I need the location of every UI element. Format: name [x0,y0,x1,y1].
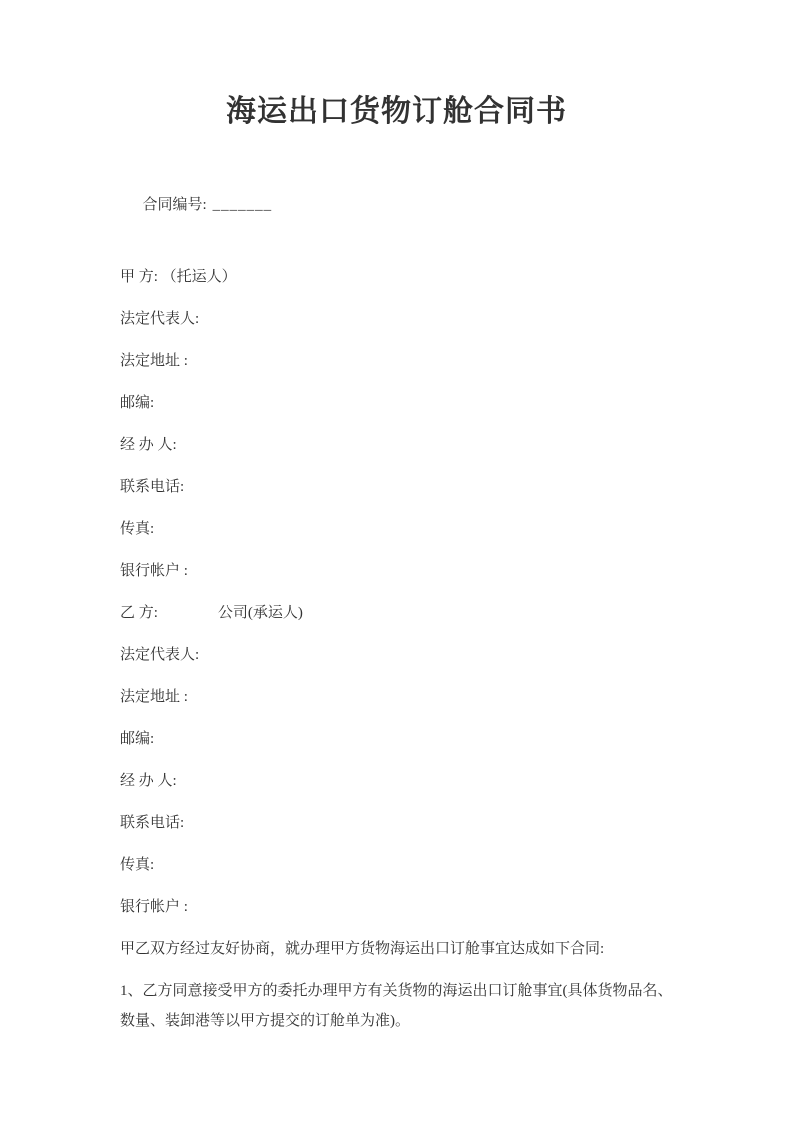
party-a-heading: 甲 方: （托运人） [120,262,680,292]
party-a-field-postal-code: 邮编: [120,388,680,418]
party-b-field-legal-address: 法定地址 : [120,682,680,712]
party-b-field-legal-representative: 法定代表人: [120,640,680,670]
party-a-field-legal-address: 法定地址 : [120,346,680,376]
party-a-field-bank-account: 银行帐户 : [120,556,680,586]
party-b-field-contact-phone: 联系电话: [120,808,680,838]
party-a-field-contact-phone: 联系电话: [120,472,680,502]
party-b-heading: 乙 方: 公司(承运人) [120,598,680,628]
party-a-field-fax: 传真: [120,514,680,544]
preamble-paragraph: 甲乙双方经过友好协商，就办理甲方货物海运出口订舱事宜达成如下合同: [120,934,680,964]
party-b-field-handler: 经 办 人: [120,766,680,796]
document-page: 海运出口货物订舱合同书 合同编号:_______ 甲 方: （托运人） 法定代表… [0,0,793,1122]
contract-number-line: 合同编号:_______ [120,160,680,250]
clause-1-paragraph: 1、乙方同意接受甲方的委托办理甲方有关货物的海运出口订舱事宜(具体货物品名、数量… [120,976,680,1036]
party-b-field-fax: 传真: [120,850,680,880]
party-b-field-postal-code: 邮编: [120,724,680,754]
party-a-field-handler: 经 办 人: [120,430,680,460]
party-b-field-bank-account: 银行帐户 : [120,892,680,922]
document-body: 合同编号:_______ 甲 方: （托运人） 法定代表人: 法定地址 : 邮编… [120,160,680,1036]
contract-number-label: 合同编号: [143,197,207,213]
document-title: 海运出口货物订舱合同书 [0,0,793,133]
party-a-field-legal-representative: 法定代表人: [120,304,680,334]
contract-number-blank: _______ [213,197,273,213]
